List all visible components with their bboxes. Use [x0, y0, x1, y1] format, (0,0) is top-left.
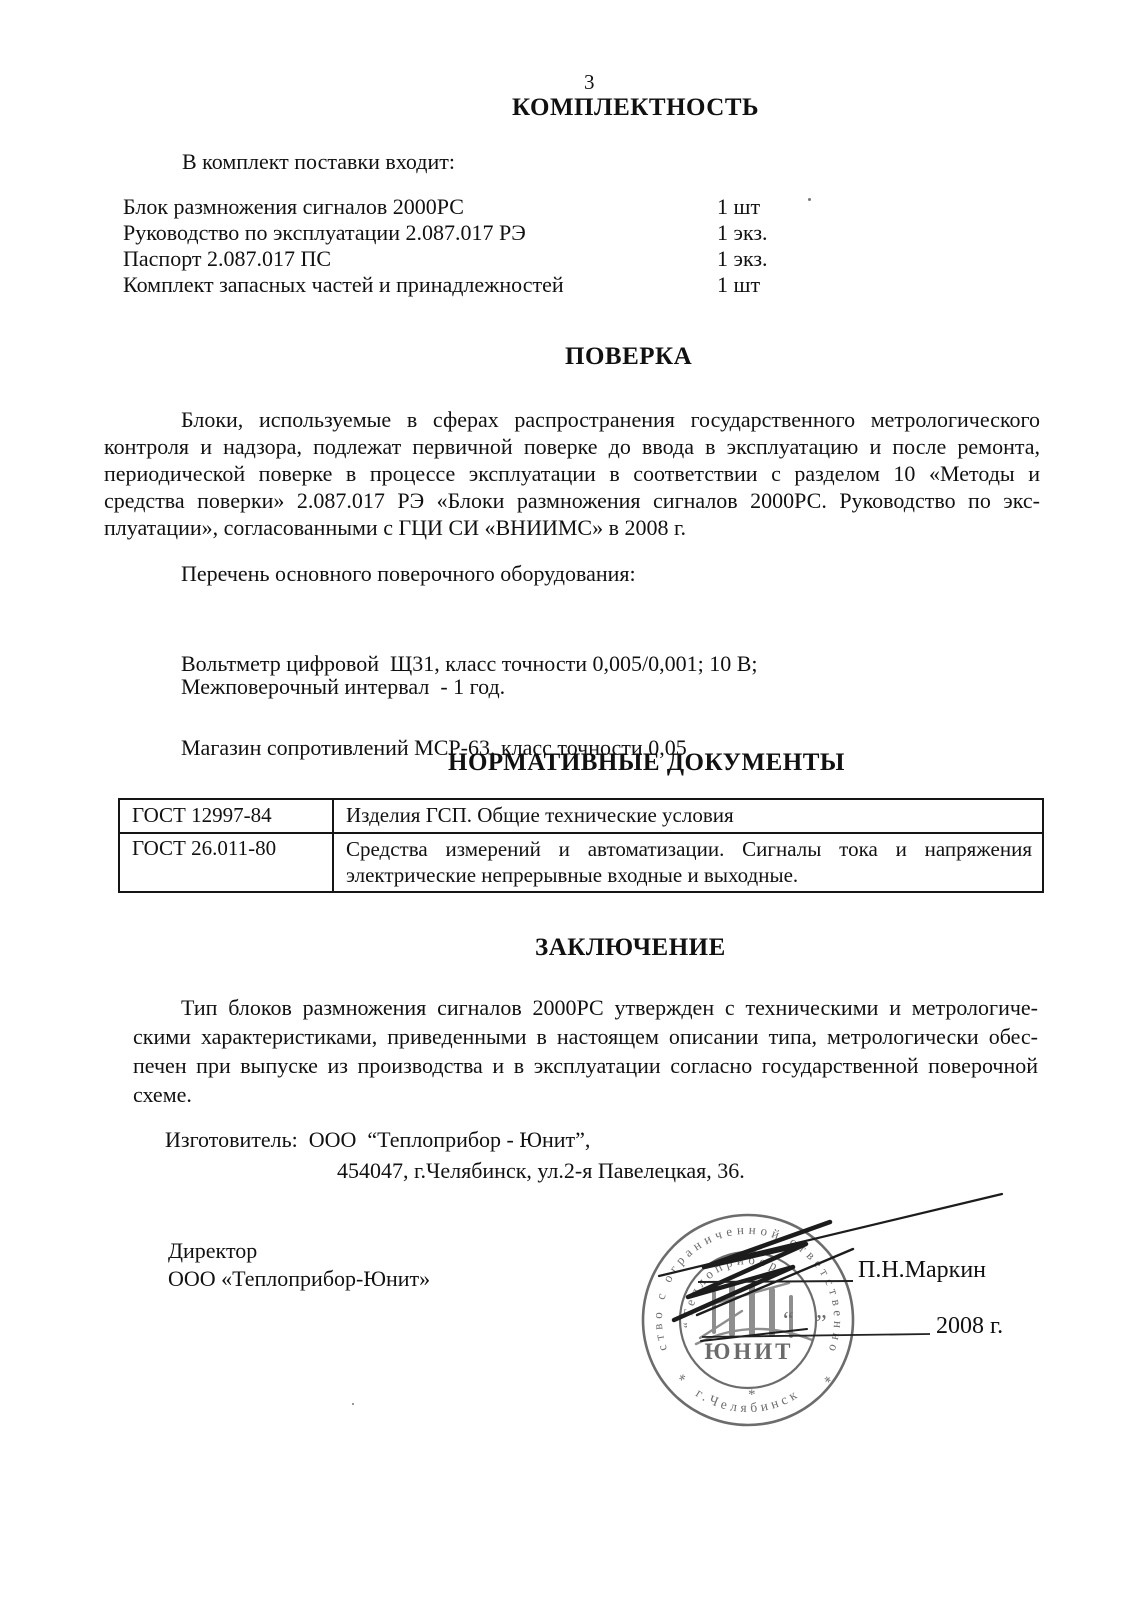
- stamp-quote-open-icon: “: [783, 1308, 794, 1334]
- stamp-outer-ring: [643, 1215, 853, 1425]
- stamp-star-center-icon: *: [748, 1387, 756, 1403]
- item-name: Паспорт 2.087.017 ПС: [123, 246, 717, 272]
- scan-speck: [808, 198, 811, 201]
- year-line: [702, 1334, 930, 1337]
- scanned-document-page: 3 КОМПЛЕКТНОСТЬ В комплект поставки вход…: [0, 0, 1142, 1609]
- manufacturer-line: Изготовитель: ООО “Теплоприбор - Юнит”,: [165, 1127, 590, 1153]
- item-name: Блок размножения сигналов 2000РС: [123, 194, 717, 220]
- section-completeness-title: КОМПЛЕКТНОСТЬ: [512, 94, 759, 122]
- text-line: печен при выпуске из производства и в эк…: [133, 1051, 1038, 1080]
- director-org: ООО «Теплоприбор-Юнит»: [168, 1266, 430, 1292]
- text-line: скими характеристиками, приведенными в н…: [133, 1022, 1038, 1051]
- text-line: периодической поверке в процессе эксплуа…: [104, 460, 1040, 487]
- text-line: Средства измерений и автоматизации. Сигн…: [346, 836, 1032, 862]
- stamp-org-text: “Теплоприбор: [680, 1252, 784, 1329]
- text-line: Блоки, используемые в сферах распростран…: [104, 406, 1040, 433]
- item-name: Руководство по эксплуатации 2.087.017 РЭ: [123, 220, 717, 246]
- conclusion-paragraph: Тип блоков размножения сигналов 2000РС у…: [133, 993, 1038, 1109]
- delivery-item: Руководство по эксплуатации 2.087.017 РЭ…: [123, 220, 953, 246]
- text-line: контроля и надзора, подлежат первичной п…: [104, 433, 1040, 460]
- page-number: 3: [584, 70, 595, 95]
- section-verification-title: ПОВЕРКА: [565, 343, 692, 371]
- stamp-emblem: [696, 1283, 812, 1344]
- item-qty: 1 экз.: [717, 246, 953, 272]
- table-row: ГОСТ 26.011-80 Средства измерений и авто…: [120, 832, 1042, 891]
- delivery-item: Паспорт 2.087.017 ПС 1 экз.: [123, 246, 953, 272]
- completeness-intro: В комплект поставки входит:: [182, 149, 455, 175]
- item-name: Комплект запасных частей и принадлежност…: [123, 272, 717, 298]
- normative-table: ГОСТ 12997-84 Изделия ГСП. Общие техниче…: [118, 798, 1044, 893]
- text-line: плуатации», согласованными с ГЦИ СИ «ВНИ…: [104, 514, 1040, 541]
- delivery-item: Комплект запасных частей и принадлежност…: [123, 272, 953, 298]
- svg-text:г.Челябинск: г.Челябинск: [693, 1385, 802, 1415]
- cell-gost-desc: Средства измерений и автоматизации. Сигн…: [334, 834, 1042, 891]
- item-qty: 1 экз.: [717, 220, 953, 246]
- equipment-list: Вольтметр цифровой Щ31, класс точности 0…: [181, 594, 758, 818]
- text-line: электрические непрерывные входные и выхо…: [346, 862, 1032, 888]
- text-line: схеме.: [133, 1080, 1038, 1109]
- stamp-inner-ring: [680, 1252, 816, 1388]
- stamp-city-text: г.Челябинск: [693, 1385, 802, 1415]
- text-line: Изделия ГСП. Общие технические условия: [346, 802, 1032, 828]
- section-normative-title: НОРМАТИВНЫЕ ДОКУМЕНТЫ: [448, 749, 845, 777]
- text-line: Тип блоков размножения сигналов 2000РС у…: [133, 993, 1038, 1022]
- equipment-intro: Перечень основного поверочного оборудова…: [181, 561, 636, 587]
- signature-line: [698, 1281, 853, 1282]
- stamp-star-left-icon: *: [676, 1371, 693, 1387]
- scan-speck: [352, 1403, 354, 1405]
- stamp-unit-text: ЮНИТ: [704, 1339, 793, 1364]
- svg-text:“Теплоприбор: “Теплоприбор: [680, 1252, 784, 1329]
- stamp-quote-close-icon: ”: [816, 1311, 827, 1337]
- cell-gost-code: ГОСТ 26.011-80: [120, 834, 334, 891]
- cell-gost-code: ГОСТ 12997-84: [120, 800, 334, 832]
- manufacturer-address: 454047, г.Челябинск, ул.2-я Павелецкая, …: [337, 1158, 745, 1184]
- verification-paragraph: Блоки, используемые в сферах распростран…: [104, 406, 1040, 541]
- director-title: Директор: [168, 1238, 257, 1264]
- approval-year: 2008 г.: [936, 1313, 1003, 1340]
- item-qty: 1 шт: [717, 194, 953, 220]
- cell-gost-desc: Изделия ГСП. Общие технические условия: [334, 800, 1042, 832]
- table-row: ГОСТ 12997-84 Изделия ГСП. Общие техниче…: [120, 800, 1042, 832]
- delivery-item: Блок размножения сигналов 2000РС 1 шт: [123, 194, 953, 220]
- delivery-list: Блок размножения сигналов 2000РС 1 шт Ру…: [123, 194, 953, 298]
- stamp-star-right-icon: *: [817, 1373, 834, 1390]
- director-name: П.Н.Маркин: [858, 1257, 986, 1284]
- section-conclusion-title: ЗАКЛЮЧЕНИЕ: [535, 934, 726, 962]
- text-line: средства поверки» 2.087.017 РЭ «Блоки ра…: [104, 487, 1040, 514]
- interval-note: Межповерочный интервал - 1 год.: [181, 674, 505, 700]
- item-qty: 1 шт: [717, 272, 953, 298]
